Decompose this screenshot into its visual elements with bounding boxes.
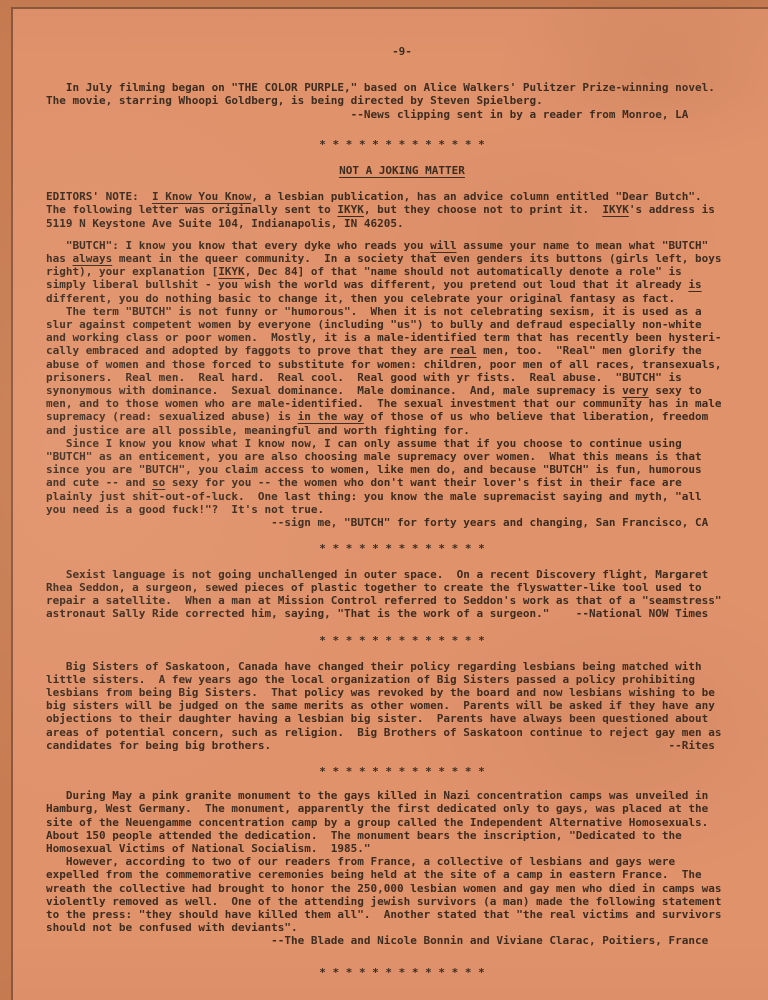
letter-body: "BUTCH": I know you know that every dyke… [46, 239, 758, 529]
section-divider: * * * * * * * * * * * * * [46, 765, 758, 778]
news-item-monument: During May a pink granite monument to th… [46, 789, 758, 947]
news-item-big-sisters: Big Sisters of Saskatoon, Canada have ch… [46, 660, 758, 752]
news-item-film: In July filming began on "THE COLOR PURP… [46, 81, 758, 121]
editors-note: EDITORS' NOTE: I Know You Know, a lesbia… [46, 190, 758, 230]
news-item-now-times: Sexist language is not going unchallenge… [46, 568, 758, 621]
page-sheet: -9- In July filming began on "THE COLOR … [11, 7, 768, 1000]
section-heading: NOT A JOKING MATTER [46, 164, 758, 177]
section-divider: * * * * * * * * * * * * * [46, 542, 758, 555]
page-number: -9- [46, 45, 758, 58]
section-divider: * * * * * * * * * * * * * [46, 966, 758, 979]
section-divider: * * * * * * * * * * * * * [46, 634, 758, 647]
section-divider: * * * * * * * * * * * * * [46, 138, 758, 151]
